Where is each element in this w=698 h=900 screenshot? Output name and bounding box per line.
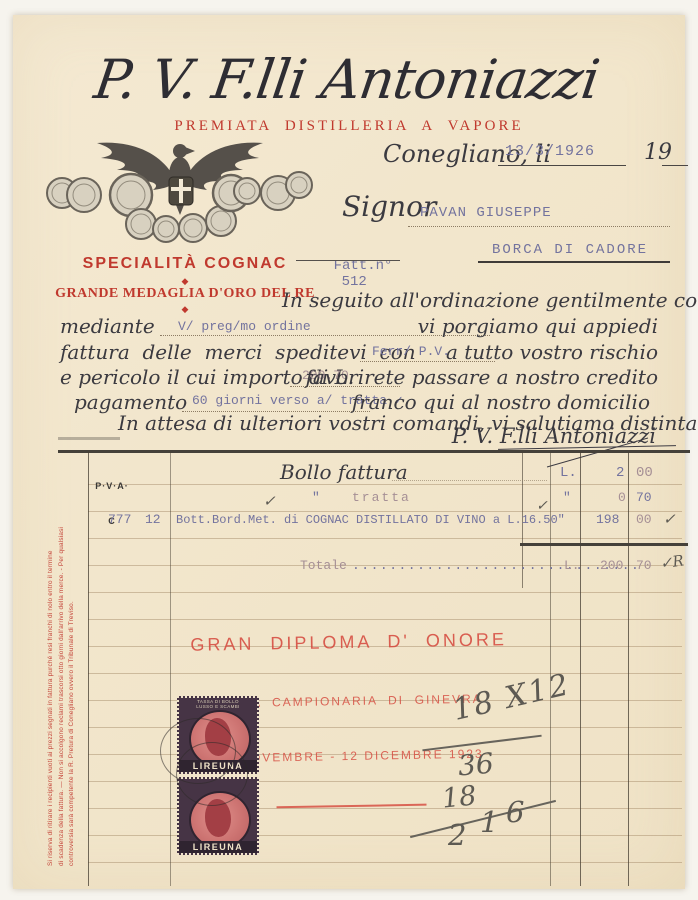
side-note-line3: controversia sarà competente la R. Pretu… bbox=[67, 462, 78, 866]
postmark-circle-bottom bbox=[176, 742, 248, 806]
savoy-shield bbox=[169, 177, 193, 205]
invoice-underline bbox=[296, 260, 400, 261]
row3-check: ✓ bbox=[663, 510, 676, 528]
printer-mark bbox=[58, 437, 120, 440]
row1-dots bbox=[392, 462, 547, 481]
stamp-top-text: TASSA DI BOLLO LUSSO E SCAMBI bbox=[179, 699, 257, 710]
stamp-value-label: LIREUNA bbox=[179, 841, 257, 853]
legal-side-note: Si riserva di ritirare i recipienti vuot… bbox=[46, 462, 76, 870]
body-line3-post: a tutto vostro rischio bbox=[446, 340, 658, 364]
row1-currency: L. bbox=[560, 465, 577, 481]
body-line4-post: favorirete passare a nostro credito bbox=[305, 365, 658, 389]
side-note-line2: di scadenza della fattura. — Non si acco… bbox=[57, 462, 68, 866]
table-top-rule bbox=[58, 450, 690, 453]
recipient-underline bbox=[408, 206, 670, 227]
total-check: ✓R bbox=[659, 551, 685, 572]
row1-lire: 2 bbox=[616, 465, 624, 481]
pva-header-top: P·V·A· bbox=[90, 481, 134, 493]
destination-underline bbox=[478, 261, 670, 263]
row3-num: 777 bbox=[108, 512, 131, 527]
body-line2-post: vi porgiamo qui appiedi bbox=[418, 314, 658, 338]
check-mark-mid: ✓ bbox=[536, 498, 548, 514]
row3-desc: Bott.Bord.Met. di COGNAC DISTILLATO DI V… bbox=[176, 513, 565, 527]
row2-ditto: " bbox=[312, 490, 320, 505]
body-line5-underline bbox=[182, 393, 370, 412]
total-currency: L. bbox=[564, 558, 580, 573]
row2-desc: tratta bbox=[352, 490, 411, 505]
side-note-line1: Si riserva di ritirare i recipienti vuot… bbox=[46, 462, 57, 866]
pencil-step1: 36 bbox=[457, 747, 495, 783]
table-vline-qty bbox=[170, 452, 171, 886]
pencil-result-d1: 2 bbox=[448, 818, 466, 852]
pencil-result-d3: 6 bbox=[506, 795, 524, 829]
total-label: Totale bbox=[300, 558, 347, 573]
pencil-result-d2: 1 bbox=[480, 805, 498, 839]
total-cent: 70 bbox=[636, 558, 652, 573]
body-line1: In seguito all'ordinazione gentilmente c… bbox=[282, 288, 698, 312]
company-title: P. V. F.lli Antoniazzi bbox=[91, 48, 603, 111]
total-lire: 200 bbox=[600, 558, 623, 573]
invoice-photo: P. V. F.lli Antoniazzi PREMIATA DISTILLE… bbox=[0, 0, 698, 900]
date-underline bbox=[498, 165, 626, 166]
year-underline bbox=[662, 165, 688, 166]
specialty-line: SPECIALITÀ COGNAC bbox=[35, 255, 335, 273]
table-vline-cent bbox=[628, 452, 629, 886]
row3-cent: 00 bbox=[636, 512, 652, 527]
diploma-line1: GRAN DIPLOMA D' ONORE bbox=[178, 629, 518, 656]
row3-qty: 12 bbox=[145, 512, 161, 527]
dateline-year: 19 bbox=[644, 140, 672, 165]
diploma-ornament-rule bbox=[277, 804, 427, 809]
pva-column-header: P·V·A· C bbox=[90, 458, 134, 552]
dateline-date: 13/3/1926 bbox=[505, 143, 595, 160]
row1-cent: 00 bbox=[636, 465, 653, 481]
check-mark-left: ✓ bbox=[263, 492, 276, 510]
pencil-step2: 18 bbox=[440, 780, 477, 814]
company-subtitle: PREMIATA DISTILLERIA A VAPORE bbox=[0, 118, 698, 135]
destination: BORCA DI CADORE bbox=[492, 242, 648, 258]
row1-desc: Bollo fattura bbox=[280, 460, 408, 484]
row2-currency: " bbox=[563, 490, 571, 505]
total-dots: ............................... bbox=[352, 558, 640, 573]
row2-lire: 0 bbox=[618, 490, 626, 505]
row3-lire: 198 bbox=[596, 512, 619, 527]
body-line2-pre: mediante bbox=[60, 314, 155, 338]
table-vline-lire bbox=[580, 452, 581, 886]
row2-cent: 70 bbox=[636, 490, 652, 505]
table-vline-left bbox=[88, 452, 89, 886]
total-rule bbox=[520, 543, 688, 546]
